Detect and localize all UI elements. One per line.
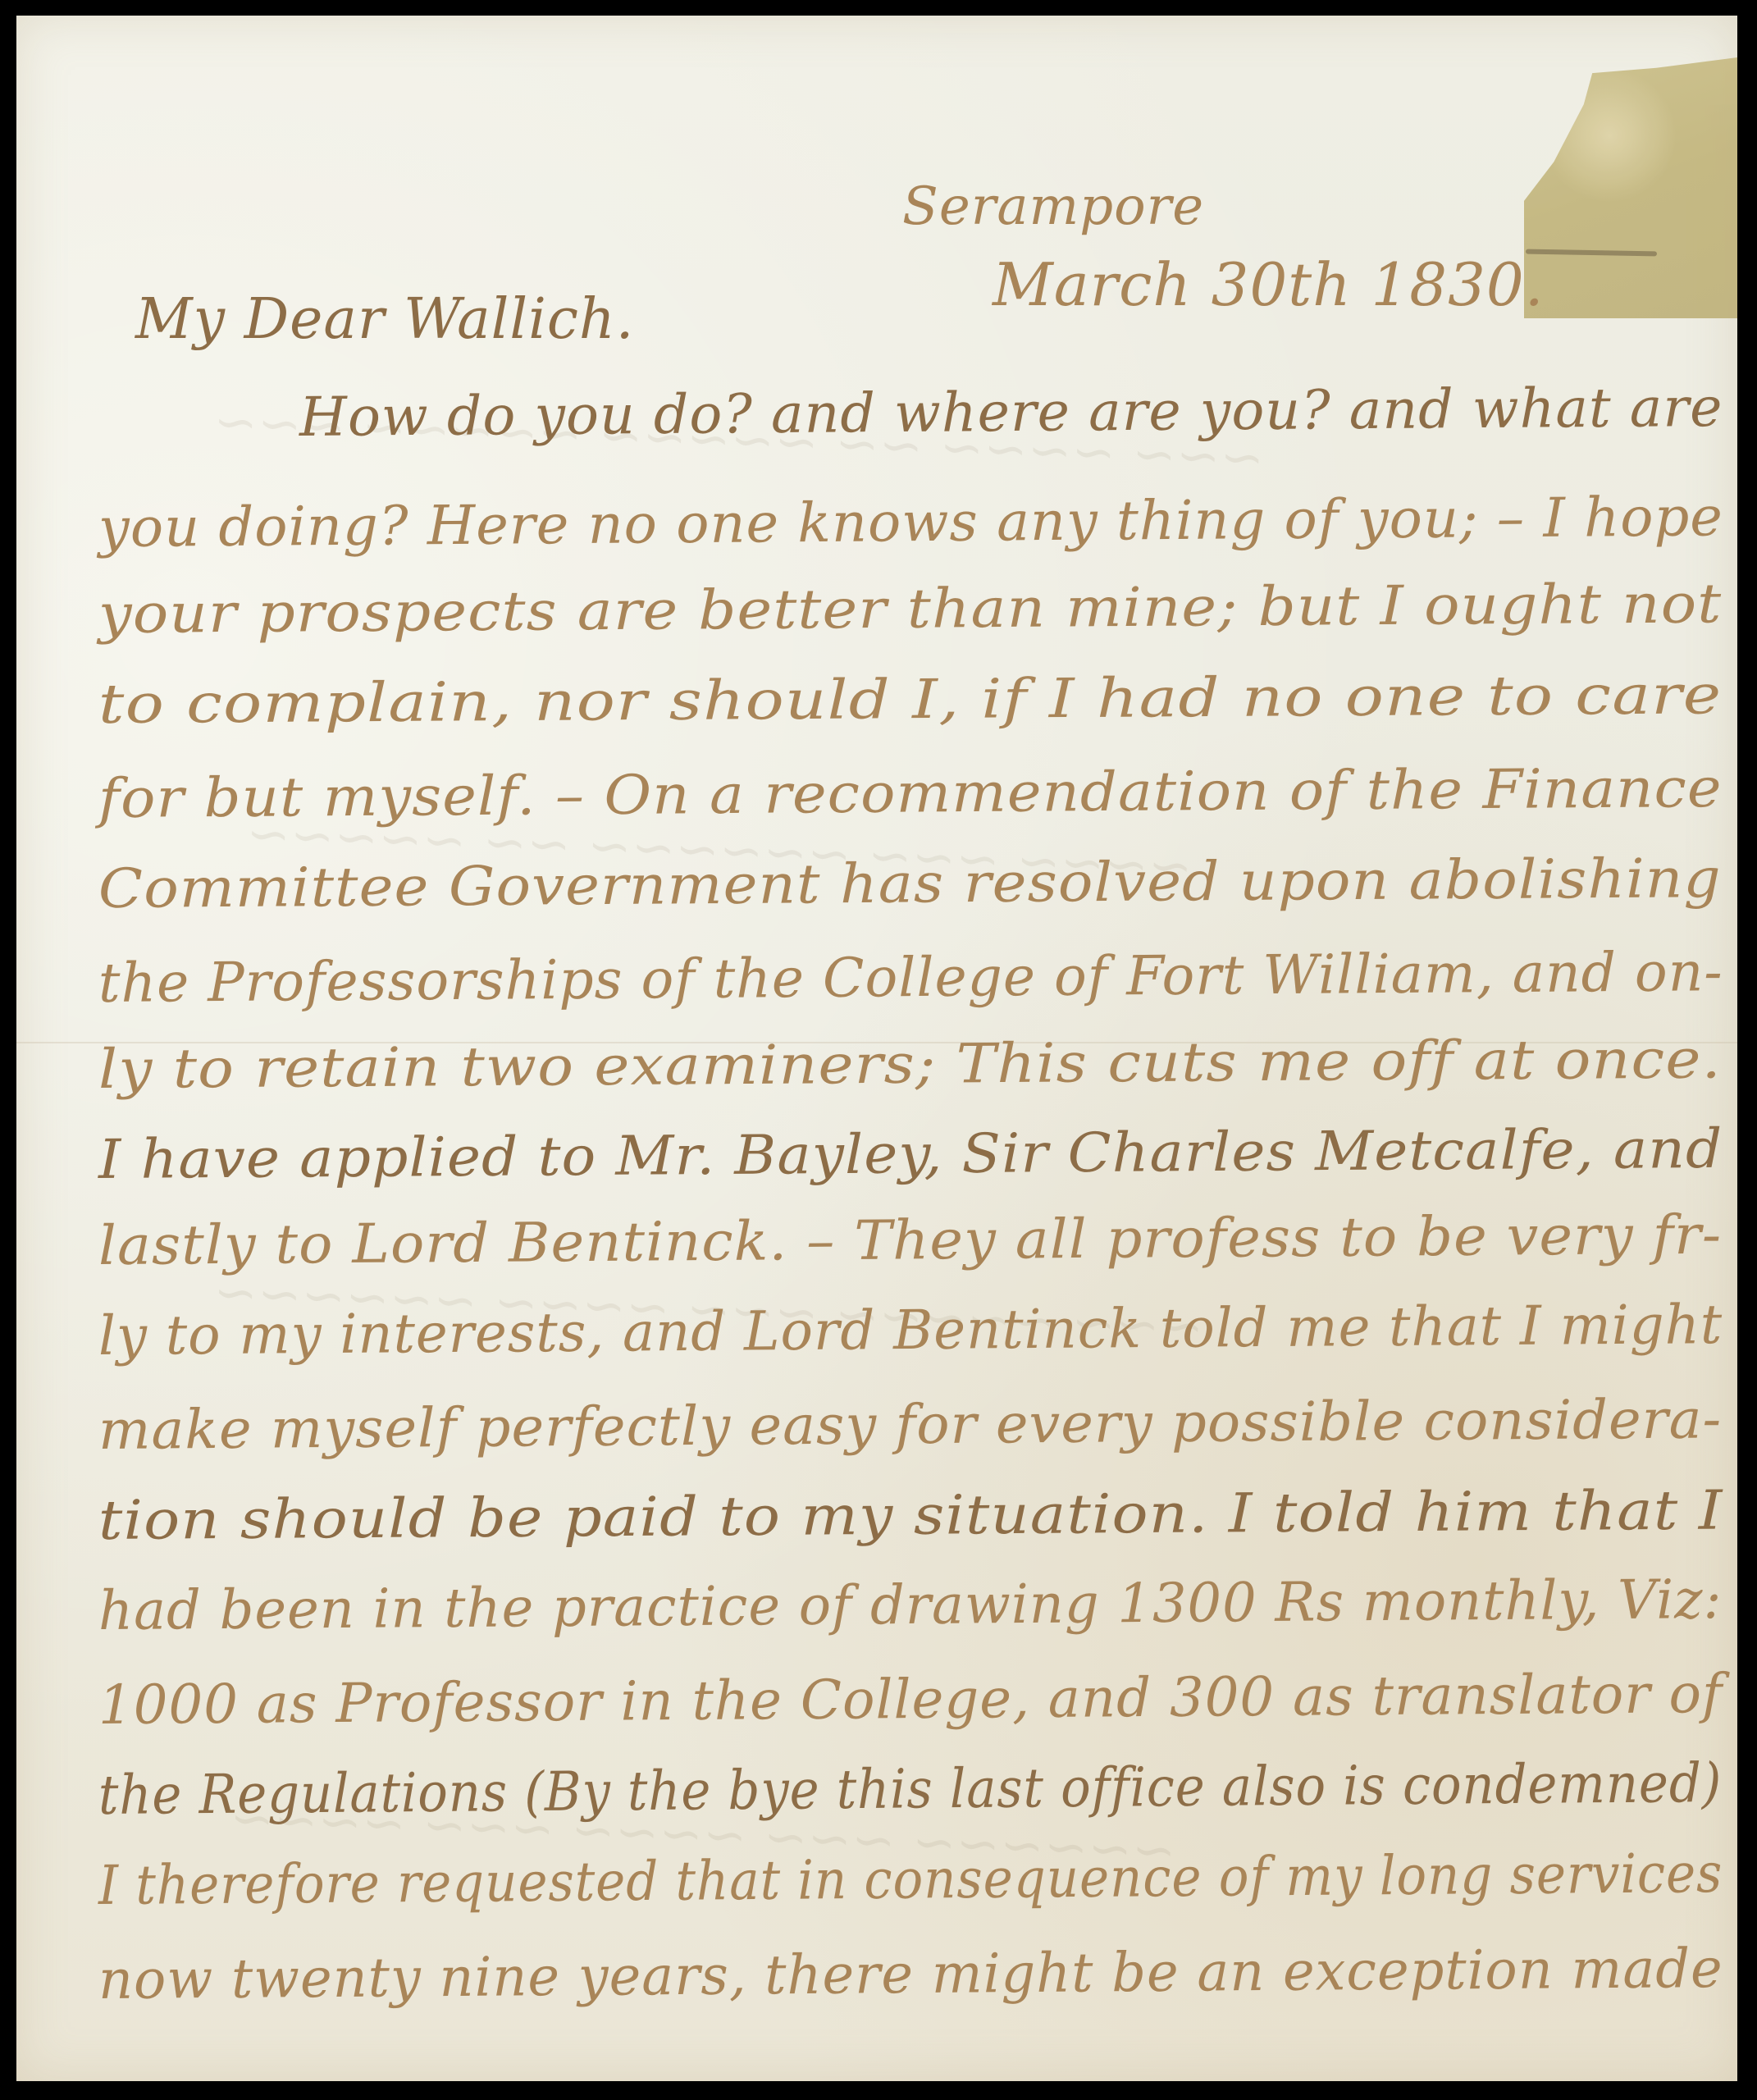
letter-date: March 30th 1830. [993, 250, 1545, 319]
letter-line: ly to my interests, and Lord Bentinck to… [98, 1293, 1723, 1367]
letter-line: you doing? Here no one knows any thing o… [98, 485, 1723, 559]
letter-line: ly to retain two examiners; This cuts me… [98, 1027, 1722, 1101]
letter-line: the Regulations (By the bye this last of… [98, 1751, 1723, 1827]
letter-line: How do you do? and where are you? and wh… [299, 376, 1723, 449]
letter-salutation: My Dear Wallich. [135, 287, 634, 352]
letter-line: the Professorships of the College of For… [98, 940, 1723, 1015]
letter-line: to complain, nor should I, if I had no o… [98, 663, 1723, 736]
letter-line: I have applied to Mr. Bayley, Sir Charle… [98, 1117, 1723, 1191]
letter-line: had been in the practice of drawing 1300… [98, 1568, 1723, 1642]
letter-line: for but myself. – On a recommendation of… [98, 756, 1723, 830]
letter-line: 1000 as Professor in the College, and 30… [98, 1662, 1723, 1737]
letter-place: Serampore [902, 176, 1204, 237]
letter-line: now twenty nine years, there might be an… [98, 1937, 1723, 2011]
letter-line: your prospects are better than mine; but… [98, 572, 1723, 646]
letter-line: tion should be paid to my situation. I t… [98, 1479, 1723, 1552]
letter-line: lastly to Lord Bentinck. – They all prof… [98, 1203, 1723, 1277]
letter-line: make myself perfectly easy for every pos… [98, 1387, 1723, 1462]
letter-line: I therefore requested that in consequenc… [98, 1842, 1723, 1917]
letter-line: Committee Government has resolved upon a… [98, 847, 1722, 920]
